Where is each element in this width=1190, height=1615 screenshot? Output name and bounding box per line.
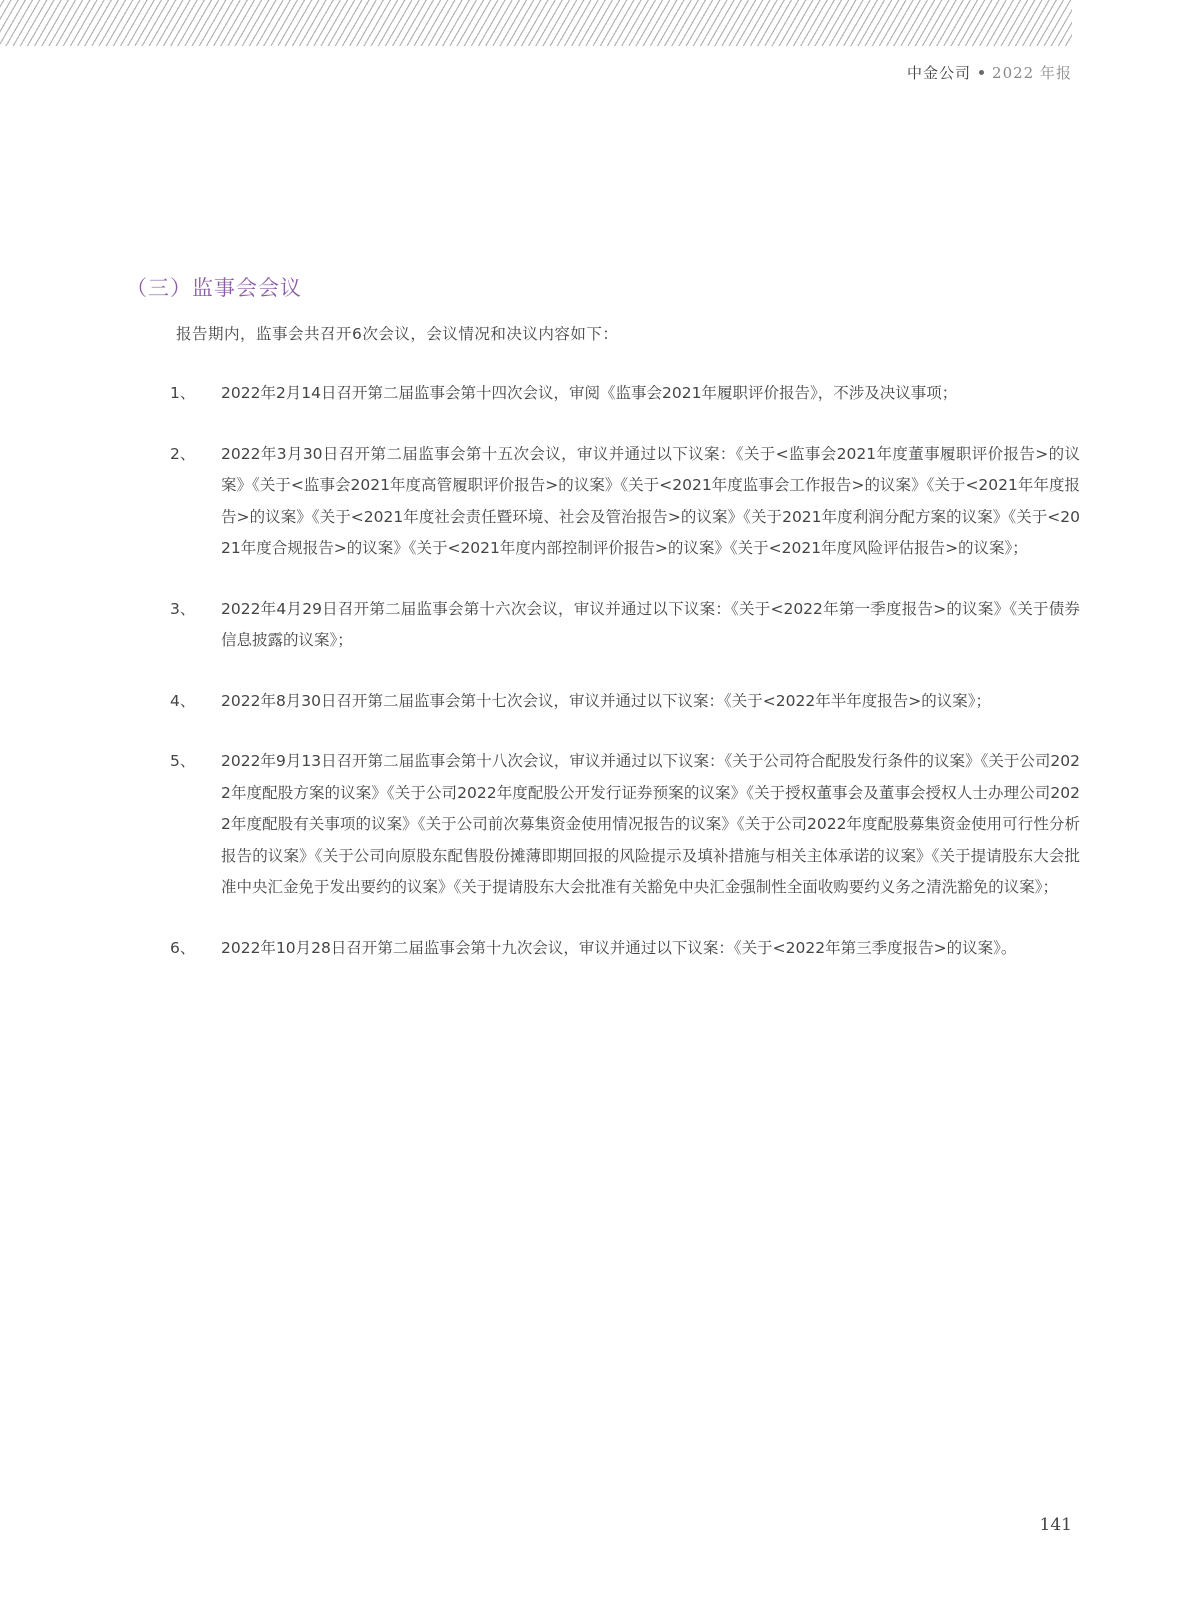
list-item-text: 2022年10月28日召开第二届监事会第十九次会议，审议并通过以下议案：《关于<… xyxy=(221,933,1080,965)
meeting-list: 1、 2022年2月14日召开第二届监事会第十四次会议，审阅《监事会2021年履… xyxy=(170,378,1080,993)
list-item: 6、 2022年10月28日召开第二届监事会第十九次会议，审议并通过以下议案：《… xyxy=(170,933,1080,965)
list-item: 1、 2022年2月14日召开第二届监事会第十四次会议，审阅《监事会2021年履… xyxy=(170,378,1080,410)
decorative-hatch-band xyxy=(0,0,1072,46)
list-item-number: 4、 xyxy=(170,686,218,718)
list-item-number: 5、 xyxy=(170,746,218,778)
list-item: 2、 2022年3月30日召开第二届监事会第十五次会议，审议并通过以下议案：《关… xyxy=(170,439,1080,565)
header-report-title: 2022 年报 xyxy=(992,64,1072,82)
list-item: 5、 2022年9月13日召开第二届监事会第十八次会议，审议并通过以下议案：《关… xyxy=(170,746,1080,904)
running-header: 中金公司2022 年报 xyxy=(907,62,1072,83)
list-item-text: 2022年3月30日召开第二届监事会第十五次会议，审议并通过以下议案：《关于<监… xyxy=(221,439,1080,565)
list-item-text: 2022年4月29日召开第二届监事会第十六次会议，审议并通过以下议案：《关于<2… xyxy=(221,594,1080,657)
section-title: （三）监事会会议 xyxy=(126,272,302,302)
section-intro: 报告期内，监事会共召开6次会议，会议情况和决议内容如下： xyxy=(176,322,618,344)
list-item-text: 2022年8月30日召开第二届监事会第十七次会议，审议并通过以下议案：《关于<2… xyxy=(221,686,1080,718)
list-item: 3、 2022年4月29日召开第二届监事会第十六次会议，审议并通过以下议案：《关… xyxy=(170,594,1080,657)
list-item: 4、 2022年8月30日召开第二届监事会第十七次会议，审议并通过以下议案：《关… xyxy=(170,686,1080,718)
list-item-text: 2022年9月13日召开第二届监事会第十八次会议，审议并通过以下议案：《关于公司… xyxy=(221,746,1080,904)
list-item-number: 2、 xyxy=(170,439,218,471)
page-number: 141 xyxy=(1040,1515,1072,1535)
list-item-number: 1、 xyxy=(170,378,218,410)
list-item-text: 2022年2月14日召开第二届监事会第十四次会议，审阅《监事会2021年履职评价… xyxy=(221,378,1080,410)
header-company: 中金公司 xyxy=(907,64,971,82)
list-item-number: 3、 xyxy=(170,594,218,626)
bullet-separator-icon xyxy=(979,70,984,75)
list-item-number: 6、 xyxy=(170,933,218,965)
